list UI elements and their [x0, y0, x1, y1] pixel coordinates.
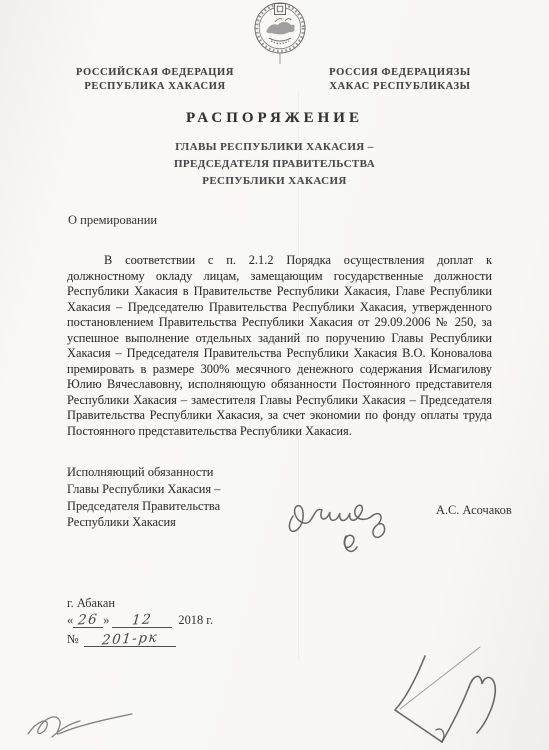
letterhead-russian: РОССИЙСКАЯ ФЕДЕРАЦИЯ РЕСПУБЛИКА ХАКАСИЯ [48, 66, 262, 93]
letterhead-khakas-line1: РОССИЯ ФЕДЕРАЦИЯЗЫ [300, 66, 500, 80]
document-subject: О премировании [68, 213, 157, 228]
signatory-name: А.С. Асочаков [436, 503, 512, 518]
paraph-mark-bottom-left-icon [22, 692, 137, 747]
handwritten-day: 26 [77, 611, 99, 628]
document-city: г. Абакан [67, 596, 115, 611]
letterhead-khakas: РОССИЯ ФЕДЕРАЦИЯЗЫ ХАКАС РЕСПУБЛИКАЗЫ [300, 66, 500, 93]
date-day-blank: 26 [73, 612, 103, 628]
scanned-document-page: РОССИЙСКАЯ ФЕДЕРАЦИЯ РЕСПУБЛИКА ХАКАСИЯ … [0, 0, 549, 750]
document-date-line: «26»122018 г. [67, 612, 213, 628]
handwritten-month: 12 [132, 611, 154, 628]
date-year: 2018 г. [178, 613, 213, 627]
document-title: РАСПОРЯЖЕНИЕ [0, 110, 549, 127]
position-line3: Председателя Правительства [67, 498, 220, 515]
handwritten-signature-icon [283, 476, 408, 568]
signatory-position: Исполняющий обязанности Главы Республики… [67, 464, 220, 531]
khakassia-coat-of-arms-icon [245, 1, 315, 65]
subtitle-line3: РЕСПУБЛИКИ ХАКАСИЯ [0, 173, 549, 190]
document-subtitle: ГЛАВЫ РЕСПУБЛИКИ ХАКАСИЯ – ПРЕДСЕДАТЕЛЯ … [0, 139, 549, 190]
number-label: № [67, 632, 79, 646]
letterhead-russian-line1: РОССИЙСКАЯ ФЕДЕРАЦИЯ [48, 66, 262, 80]
scribble-mark-bottom-right-icon [383, 646, 535, 748]
document-body-paragraph: В соответствии с п. 2.1.2 Порядка осущес… [67, 253, 492, 439]
position-line4: Республики Хакасия [67, 514, 220, 531]
document-number-line: №201-рк [67, 631, 176, 647]
date-month-blank: 12 [112, 612, 172, 628]
letterhead-russian-line2: РЕСПУБЛИКА ХАКАСИЯ [48, 80, 262, 94]
position-line2: Главы Республики Хакасия – [67, 481, 220, 498]
date-close-quote: » [103, 613, 109, 627]
subtitle-line2: ПРЕДСЕДАТЕЛЯ ПРАВИТЕЛЬСТВА [0, 156, 549, 173]
subtitle-line1: ГЛАВЫ РЕСПУБЛИКИ ХАКАСИЯ – [0, 139, 549, 156]
number-blank: 201-рк [84, 631, 176, 647]
letterhead-khakas-line2: ХАКАС РЕСПУБЛИКАЗЫ [300, 80, 500, 94]
handwritten-number: 201-рк [101, 629, 158, 648]
position-line1: Исполняющий обязанности [67, 464, 220, 481]
